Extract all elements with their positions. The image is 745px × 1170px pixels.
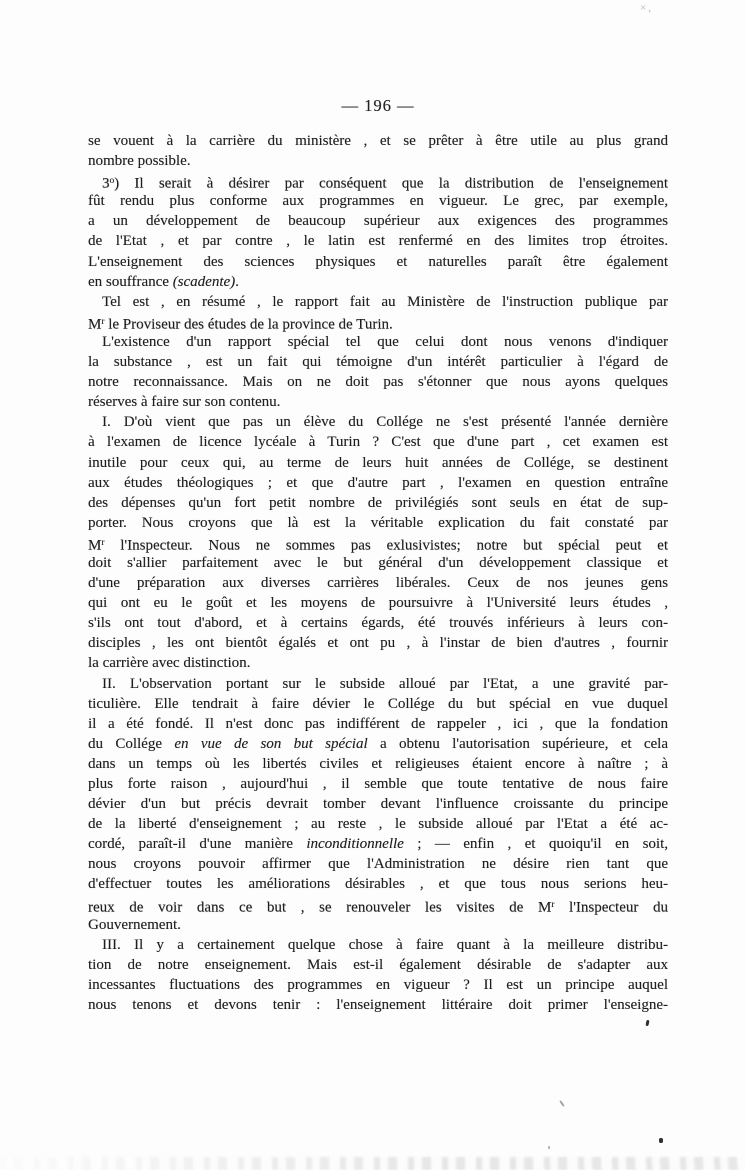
text-line: la carrière avec distinction. — [88, 653, 668, 673]
text-line: plus forte raison , aujourd'hui , il sem… — [88, 774, 668, 794]
text-line: fût rendu plus conforme aux programmes e… — [88, 191, 668, 211]
text-line: Mr le Proviseur des études de la provinc… — [88, 312, 668, 332]
text-line: Tel est , en résumé , le rapport fait au… — [88, 292, 668, 312]
text-line: reux de voir dans ce but , se renouveler… — [88, 895, 668, 915]
page-number: — 196 — — [88, 96, 668, 116]
text-line: la substance , est un fait qui témoigne … — [88, 352, 668, 372]
text-line: ticulière. Elle tendrait à faire dévier … — [88, 694, 668, 714]
text-line: cordé, paraît-il d'une manière inconditi… — [88, 834, 668, 854]
text-line: s'ils ont tout d'abord, et à certains ég… — [88, 613, 668, 633]
text-block: se vouent à la carrière du ministère , e… — [88, 131, 668, 1015]
text-line: aux études théologiques ; et que d'autre… — [88, 473, 668, 493]
scan-artifact-speck — [548, 1146, 550, 1149]
text-line: doit s'allier parfaitement avec le but g… — [88, 553, 668, 573]
scan-artifact-speck — [645, 1020, 649, 1026]
text-line: Gouvernement. — [88, 915, 668, 935]
text-line: des dépenses qu'un fort petit nombre de … — [88, 493, 668, 513]
text-line: L'enseignement des sciences physiques et… — [88, 252, 668, 272]
text-line: réserves à faire sur son contenu. — [88, 392, 668, 412]
text-line: porter. Nous croyons que là est la vérit… — [88, 513, 668, 533]
text-line: dévier d'un but précis devrait tomber de… — [88, 794, 668, 814]
text-line: disciples , les ont bientôt égalés et on… — [88, 633, 668, 653]
text-line: II. L'observation portant sur le subside… — [88, 674, 668, 694]
text-line: du Collége en vue de son but spécial a o… — [88, 734, 668, 754]
text-line: I. D'où vient que pas un élève du Collég… — [88, 412, 668, 432]
text-line: d'effectuer toutes les améliorations dés… — [88, 874, 668, 894]
text-line: nous croyons pouvoir affirmer que l'Admi… — [88, 854, 668, 874]
scan-artifact-speck — [659, 1138, 663, 1143]
scan-artifact-speck — [559, 1100, 565, 1107]
scanned-book-page: — 196 — se vouent à la carrière du minis… — [0, 0, 745, 1170]
text-line: qui ont eu le goût et les moyens de pour… — [88, 593, 668, 613]
text-line: inutile pour ceux qui, au terme de leurs… — [88, 453, 668, 473]
text-line: se vouent à la carrière du ministère , e… — [88, 131, 668, 151]
text-line: d'une préparation aux diverses carrières… — [88, 573, 668, 593]
text-line: de l'Etat , et par contre , le latin est… — [88, 231, 668, 251]
text-line: dans un temps où les libertés civiles et… — [88, 754, 668, 774]
text-line: de la liberté d'enseignement ; au reste … — [88, 814, 668, 834]
text-line: Mr l'Inspecteur. Nous ne sommes pas exlu… — [88, 533, 668, 553]
text-line: tion de notre enseignement. Mais est-il … — [88, 955, 668, 975]
text-line: en souffrance (scadente). — [88, 272, 668, 292]
scan-artifact-bottom-edge — [0, 1157, 745, 1170]
scan-artifact-top-mark: ×, — [640, 2, 653, 14]
text-line: 3o) Il serait à désirer par conséquent q… — [88, 171, 668, 191]
text-line: nombre possible. — [88, 151, 668, 171]
text-line: à l'examen de licence lycéale à Turin ? … — [88, 432, 668, 452]
text-line: L'existence d'un rapport spécial tel que… — [88, 332, 668, 352]
text-line: a un développement de beaucoup supérieur… — [88, 211, 668, 231]
text-line: il a été fondé. Il n'est donc pas indiff… — [88, 714, 668, 734]
text-line: incessantes fluctuations des programmes … — [88, 975, 668, 995]
text-line: nous tenons et devons tenir : l'enseigne… — [88, 995, 668, 1015]
text-line: III. Il y a certainement quelque chose à… — [88, 935, 668, 955]
text-line: notre reconnaissance. Mais on ne doit pa… — [88, 372, 668, 392]
